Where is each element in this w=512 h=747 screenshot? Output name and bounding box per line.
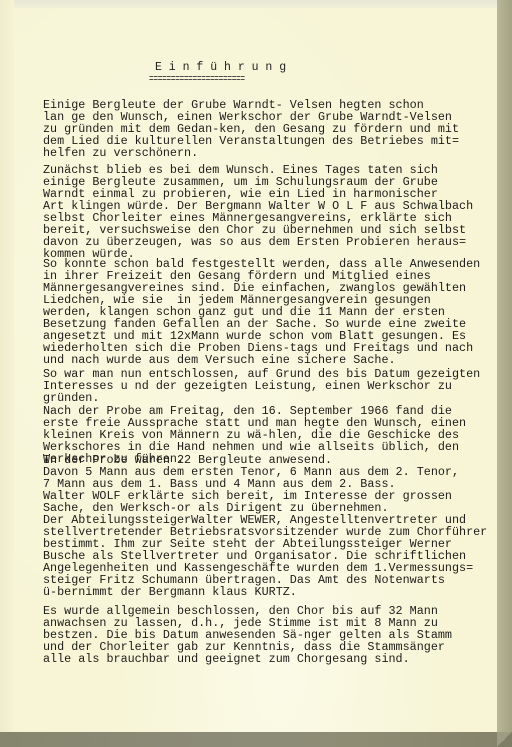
text-line: und nach wurde aus dem Versuch eine sich… <box>43 354 480 366</box>
paragraph: Es wurde allgemein beschlossen, den Chor… <box>43 605 452 665</box>
paragraph: In der Probe waren 22 Bergleute anwesend… <box>43 454 487 598</box>
text-line: ü-bernimmt der Bergmann klaus KURTZ. <box>43 586 487 598</box>
frame-bevel-right <box>497 0 512 747</box>
frame-bevel-left <box>0 0 14 747</box>
text-line: gründen. <box>43 392 480 404</box>
paragraph: So konnte schon bald festgestellt werden… <box>43 258 480 366</box>
paragraph: Einige Bergleute der Grube Warndt- Velse… <box>43 99 459 159</box>
frame-bevel-bottom <box>0 732 512 747</box>
text-line: alle als brauchbar und geeignet zum Chor… <box>43 653 452 665</box>
text-line: helfen zu verschönern. <box>43 147 459 159</box>
frame-corner <box>497 732 512 747</box>
text-line: Interesses u nd der gezeigten Leistung, … <box>43 380 480 392</box>
paragraph: So war man nun entschlossen, auf Grund d… <box>43 368 480 404</box>
frame-bevel-top <box>0 0 512 8</box>
title-underline: ====================== <box>149 74 245 86</box>
paragraph: Zunächst blieb es bei dem Wunsch. Eines … <box>43 164 473 260</box>
scanned-page-frame: E i n f ü h r u n g ====================… <box>0 0 512 747</box>
